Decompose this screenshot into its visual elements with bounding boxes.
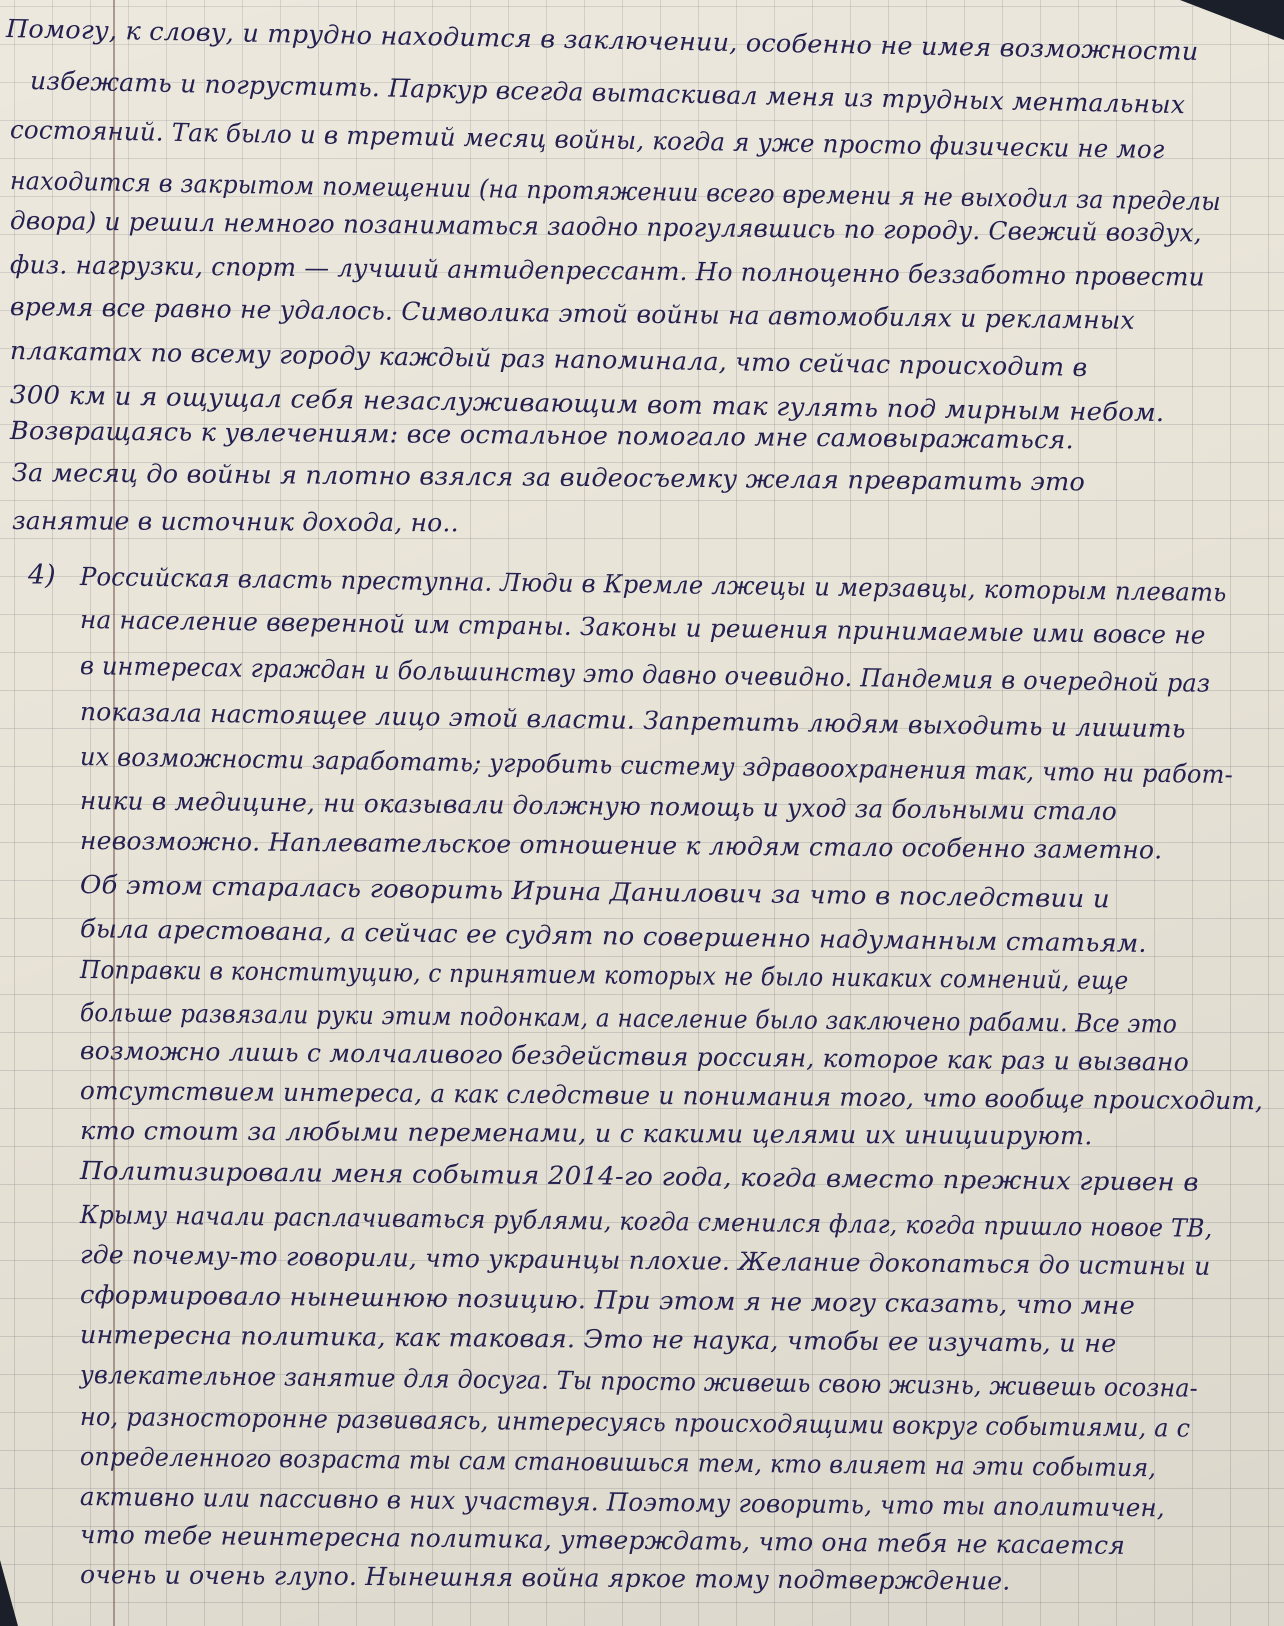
text-line: физ. нагрузки, спорт — лучший антидепрес… [10,250,1205,292]
text-line: Поправки в конституцию, с принятием кото… [80,955,1129,995]
text-line: невозможно. Наплевательское отношение к … [80,826,1163,864]
text-line: возможно лишь с молчаливого бездействия … [80,1036,1189,1077]
text-line: отсутствием интереса, а как следствие и … [80,1076,1263,1115]
text-line: где почему-то говорили, что украинцы пло… [80,1240,1211,1281]
paragraph-number: 4) [28,560,56,591]
text-line: увлекательное занятие для досуга. Ты про… [80,1360,1198,1403]
text-line: Политизировали меня события 2014-го года… [80,1156,1199,1197]
text-line: очень и очень глупо. Нынешняя война ярко… [80,1560,1011,1595]
text-line: ники в медицине, ни оказывали должную по… [80,786,1117,826]
text-line: интересна политика, как таковая. Это не … [80,1320,1117,1358]
text-line: плакатах по всему городу каждый раз напо… [10,336,1088,382]
text-line: занятие в источник дохода, но.. [12,506,459,537]
handwritten-text: Помогу, к слову, и трудно находится в за… [0,0,1284,1626]
text-line: время все равно не удалось. Символика эт… [10,292,1135,335]
text-line: Об этом старалась говорить Ирина Данилов… [80,870,1110,913]
text-line: активно или пассивно в них участвуя. Поэ… [80,1482,1165,1522]
text-line: Помогу, к слову, и трудно находится в за… [6,14,1199,66]
text-line: состояний. Так было и в третий месяц вой… [10,115,1165,164]
notebook-page: Помогу, к слову, и трудно находится в за… [0,0,1284,1626]
text-line: на население вверенной им страны. Законы… [80,605,1206,650]
text-line: в интересах граждан и большинству это да… [80,651,1211,698]
text-line: показала настоящее лицо этой власти. Зап… [80,697,1186,743]
text-line: Российская власть преступна. Люди в Крем… [80,562,1227,607]
text-line: была арестована, а сейчас ее судят по со… [80,914,1147,958]
text-line: их возможности заработать; угробить сист… [80,742,1233,789]
text-line: сформировало нынешнюю позицию. При этом … [80,1280,1135,1320]
text-line: больше развязали руки этим подонкам, а н… [80,998,1177,1038]
text-line: За месяц до войны я плотно взялся за вид… [12,458,1085,496]
text-line: что тебе неинтересна политика, утверждат… [80,1520,1125,1560]
text-line: Крыму начали расплачиваться рублями, ког… [80,1200,1213,1243]
text-line: определенного возраста ты сам становишьс… [80,1442,1156,1482]
text-line: избежать и погрустить. Паркур всегда выт… [30,66,1186,119]
text-line: но, разносторонне развиваясь, интересуяс… [80,1402,1190,1443]
text-line: кто стоит за любыми переменами, и с каки… [80,1116,1093,1150]
